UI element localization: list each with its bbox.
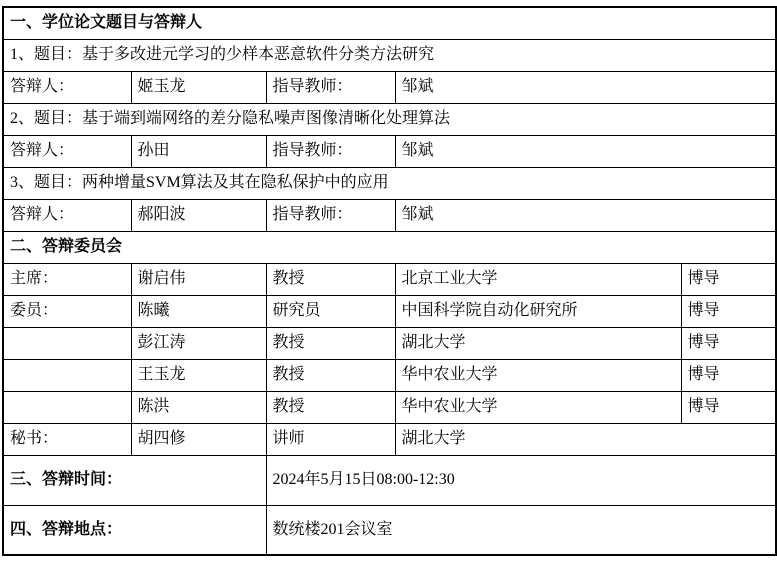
member-supervisor-type: 博导 [681,263,776,295]
defender-name: 孙田 [131,135,266,167]
thesis3-topic: 3、题目：两种增量SVM算法及其在隐私保护中的应用 [3,167,776,199]
document-page: 一、学位论文题目与答辩人 1、题目：基于多改进元学习的少样本恶意软件分类方法研究… [0,0,777,564]
member-affiliation: 华中农业大学 [395,391,681,423]
member-name: 谢启伟 [131,263,266,295]
thesis1-topic-row: 1、题目：基于多改进元学习的少样本恶意软件分类方法研究 [3,39,776,71]
thesis2-topic: 2、题目：基于端到端网络的差分隐私噪声图像清晰化处理算法 [3,103,776,135]
defender-label: 答辩人： [3,199,131,231]
defender-name: 姬玉龙 [131,71,266,103]
defender-label: 答辩人： [3,135,131,167]
member-name: 陈曦 [131,295,266,327]
secretary-role: 秘书： [3,423,131,455]
defense-time-row: 三、答辩时间： 2024年5月15日08:00-12:30 [3,455,776,505]
thesis3-topic-row: 3、题目：两种增量SVM算法及其在隐私保护中的应用 [3,167,776,199]
member-supervisor-type: 博导 [681,391,776,423]
thesis2-people-row: 答辩人： 孙田 指导教师： 邹斌 [3,135,776,167]
member-title: 教授 [266,391,395,423]
committee-row-member3: 王玉龙 教授 华中农业大学 博导 [3,359,776,391]
member-name: 王玉龙 [131,359,266,391]
secretary-affiliation: 湖北大学 [395,423,776,455]
member-supervisor-type: 博导 [681,295,776,327]
member-affiliation: 华中农业大学 [395,359,681,391]
thesis2-topic-row: 2、题目：基于端到端网络的差分隐私噪声图像清晰化处理算法 [3,103,776,135]
defense-location-label: 四、答辩地点： [3,505,266,555]
secretary-title: 讲师 [266,423,395,455]
section1-header-row: 一、学位论文题目与答辩人 [3,7,776,39]
section2-header-row: 二、答辩委员会 [3,231,776,263]
member-title: 教授 [266,263,395,295]
defense-time-label: 三、答辩时间： [3,455,266,505]
member-affiliation: 北京工业大学 [395,263,681,295]
member-title: 教授 [266,359,395,391]
defender-name: 郝阳波 [131,199,266,231]
committee-row-chair: 主席： 谢启伟 教授 北京工业大学 博导 [3,263,776,295]
member-affiliation: 湖北大学 [395,327,681,359]
member-role [3,359,131,391]
advisor-name: 邹斌 [395,71,776,103]
member-affiliation: 中国科学院自动化研究所 [395,295,681,327]
thesis1-topic: 1、题目：基于多改进元学习的少样本恶意软件分类方法研究 [3,39,776,71]
committee-row-member1: 委员： 陈曦 研究员 中国科学院自动化研究所 博导 [3,295,776,327]
committee-row-member4: 陈洪 教授 华中农业大学 博导 [3,391,776,423]
defense-location-row: 四、答辩地点： 数统楼201会议室 [3,505,776,555]
member-role: 主席： [3,263,131,295]
advisor-name: 邹斌 [395,135,776,167]
secretary-name: 胡四修 [131,423,266,455]
committee-row-member2: 彭江涛 教授 湖北大学 博导 [3,327,776,359]
member-title: 教授 [266,327,395,359]
member-name: 彭江涛 [131,327,266,359]
defense-info-table: 一、学位论文题目与答辩人 1、题目：基于多改进元学习的少样本恶意软件分类方法研究… [2,6,777,556]
member-supervisor-type: 博导 [681,327,776,359]
defender-label: 答辩人： [3,71,131,103]
section2-title: 二、答辩委员会 [3,231,776,263]
advisor-label: 指导教师： [266,135,395,167]
member-role: 委员： [3,295,131,327]
committee-row-secretary: 秘书： 胡四修 讲师 湖北大学 [3,423,776,455]
member-supervisor-type: 博导 [681,359,776,391]
section1-title: 一、学位论文题目与答辩人 [3,7,776,39]
advisor-label: 指导教师： [266,71,395,103]
defense-location-value: 数统楼201会议室 [266,505,776,555]
member-name: 陈洪 [131,391,266,423]
thesis1-people-row: 答辩人： 姬玉龙 指导教师： 邹斌 [3,71,776,103]
thesis3-people-row: 答辩人： 郝阳波 指导教师： 邹斌 [3,199,776,231]
member-title: 研究员 [266,295,395,327]
member-role [3,327,131,359]
advisor-name: 邹斌 [395,199,776,231]
member-role [3,391,131,423]
defense-time-value: 2024年5月15日08:00-12:30 [266,455,776,505]
advisor-label: 指导教师： [266,199,395,231]
